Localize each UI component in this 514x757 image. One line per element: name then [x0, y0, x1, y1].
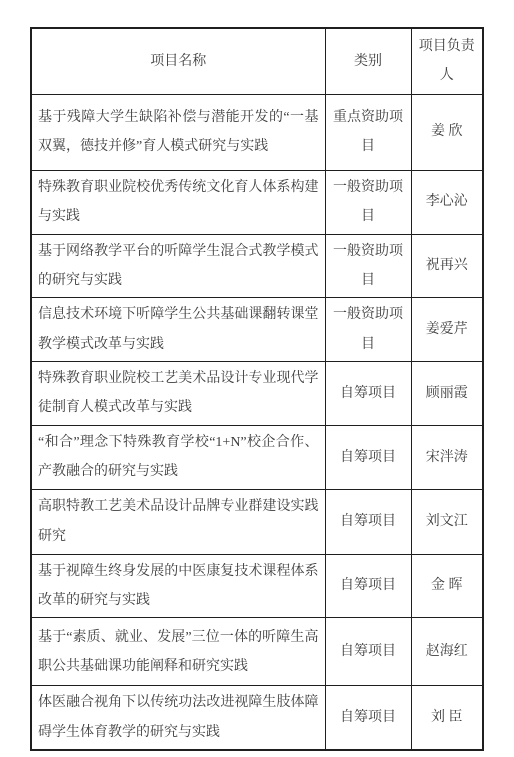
category-cell: 一般资助项目 — [325, 234, 411, 298]
table-row: “和合”理念下特殊教育学校“1+N”校企合作、产教融合的研究与实践 自筹项目 宋… — [31, 425, 483, 489]
project-name-cell: 基于残障大学生缺陷补偿与潜能开发的“一基双翼，德技并修”育人模式研究与实践 — [31, 94, 325, 170]
leader-cell: 姜 欣 — [411, 94, 483, 170]
project-name-cell: “和合”理念下特殊教育学校“1+N”校企合作、产教融合的研究与实践 — [31, 425, 325, 489]
leader-cell: 李心沁 — [411, 170, 483, 234]
table-row: 体医融合视角下以传统功法改进视障生肢体障碍学生体育教学的研究与实践 自筹项目 刘… — [31, 686, 483, 750]
category-cell: 自筹项目 — [325, 554, 411, 618]
category-cell: 重点资助项目 — [325, 94, 411, 170]
header-project-leader: 项目负责人 — [411, 28, 483, 94]
leader-cell: 金 晖 — [411, 554, 483, 618]
project-name-cell: 信息技术环境下听障学生公共基础课翻转课堂教学模式改革与实践 — [31, 298, 325, 362]
leader-cell: 顾丽霞 — [411, 362, 483, 426]
category-cell: 自筹项目 — [325, 489, 411, 554]
project-name-cell: 基于视障生终身发展的中医康复技术课程体系改革的研究与实践 — [31, 554, 325, 618]
document-page: 项目名称 类别 项目负责人 基于残障大学生缺陷补偿与潜能开发的“一基双翼，德技并… — [0, 0, 514, 757]
table-row: 信息技术环境下听障学生公共基础课翻转课堂教学模式改革与实践 一般资助项目 姜爱芹 — [31, 298, 483, 362]
project-name-cell: 高职特教工艺美术品设计品牌专业群建设实践研究 — [31, 489, 325, 554]
project-name-cell: 基于“素质、就业、发展”三位一体的听障生高职公共基础课功能阐释和研究实践 — [31, 618, 325, 686]
table-row: 特殊教育职业院校优秀传统文化育人体系构建与实践 一般资助项目 李心沁 — [31, 170, 483, 234]
leader-cell: 刘文江 — [411, 489, 483, 554]
table-row: 特殊教育职业院校工艺美术品设计专业现代学徒制育人模式改革与实践 自筹项目 顾丽霞 — [31, 362, 483, 426]
leader-cell: 姜爱芹 — [411, 298, 483, 362]
leader-cell: 赵海红 — [411, 618, 483, 686]
leader-cell: 宋泮涛 — [411, 425, 483, 489]
leader-cell: 刘 臣 — [411, 686, 483, 750]
table-row: 基于网络教学平台的听障学生混合式教学模式的研究与实践 一般资助项目 祝再兴 — [31, 234, 483, 298]
table-row: 高职特教工艺美术品设计品牌专业群建设实践研究 自筹项目 刘文江 — [31, 489, 483, 554]
header-category: 类别 — [325, 28, 411, 94]
project-name-cell: 特殊教育职业院校优秀传统文化育人体系构建与实践 — [31, 170, 325, 234]
category-cell: 一般资助项目 — [325, 170, 411, 234]
project-list-table: 项目名称 类别 项目负责人 基于残障大学生缺陷补偿与潜能开发的“一基双翼，德技并… — [30, 27, 484, 751]
category-cell: 自筹项目 — [325, 686, 411, 750]
header-project-name: 项目名称 — [31, 28, 325, 94]
table-header-row: 项目名称 类别 项目负责人 — [31, 28, 483, 94]
table-row: 基于残障大学生缺陷补偿与潜能开发的“一基双翼，德技并修”育人模式研究与实践 重点… — [31, 94, 483, 170]
category-cell: 自筹项目 — [325, 362, 411, 426]
leader-cell: 祝再兴 — [411, 234, 483, 298]
table-row: 基于视障生终身发展的中医康复技术课程体系改革的研究与实践 自筹项目 金 晖 — [31, 554, 483, 618]
project-name-cell: 体医融合视角下以传统功法改进视障生肢体障碍学生体育教学的研究与实践 — [31, 686, 325, 750]
category-cell: 一般资助项目 — [325, 298, 411, 362]
category-cell: 自筹项目 — [325, 425, 411, 489]
project-name-cell: 特殊教育职业院校工艺美术品设计专业现代学徒制育人模式改革与实践 — [31, 362, 325, 426]
category-cell: 自筹项目 — [325, 618, 411, 686]
table-row: 基于“素质、就业、发展”三位一体的听障生高职公共基础课功能阐释和研究实践 自筹项… — [31, 618, 483, 686]
project-name-cell: 基于网络教学平台的听障学生混合式教学模式的研究与实践 — [31, 234, 325, 298]
